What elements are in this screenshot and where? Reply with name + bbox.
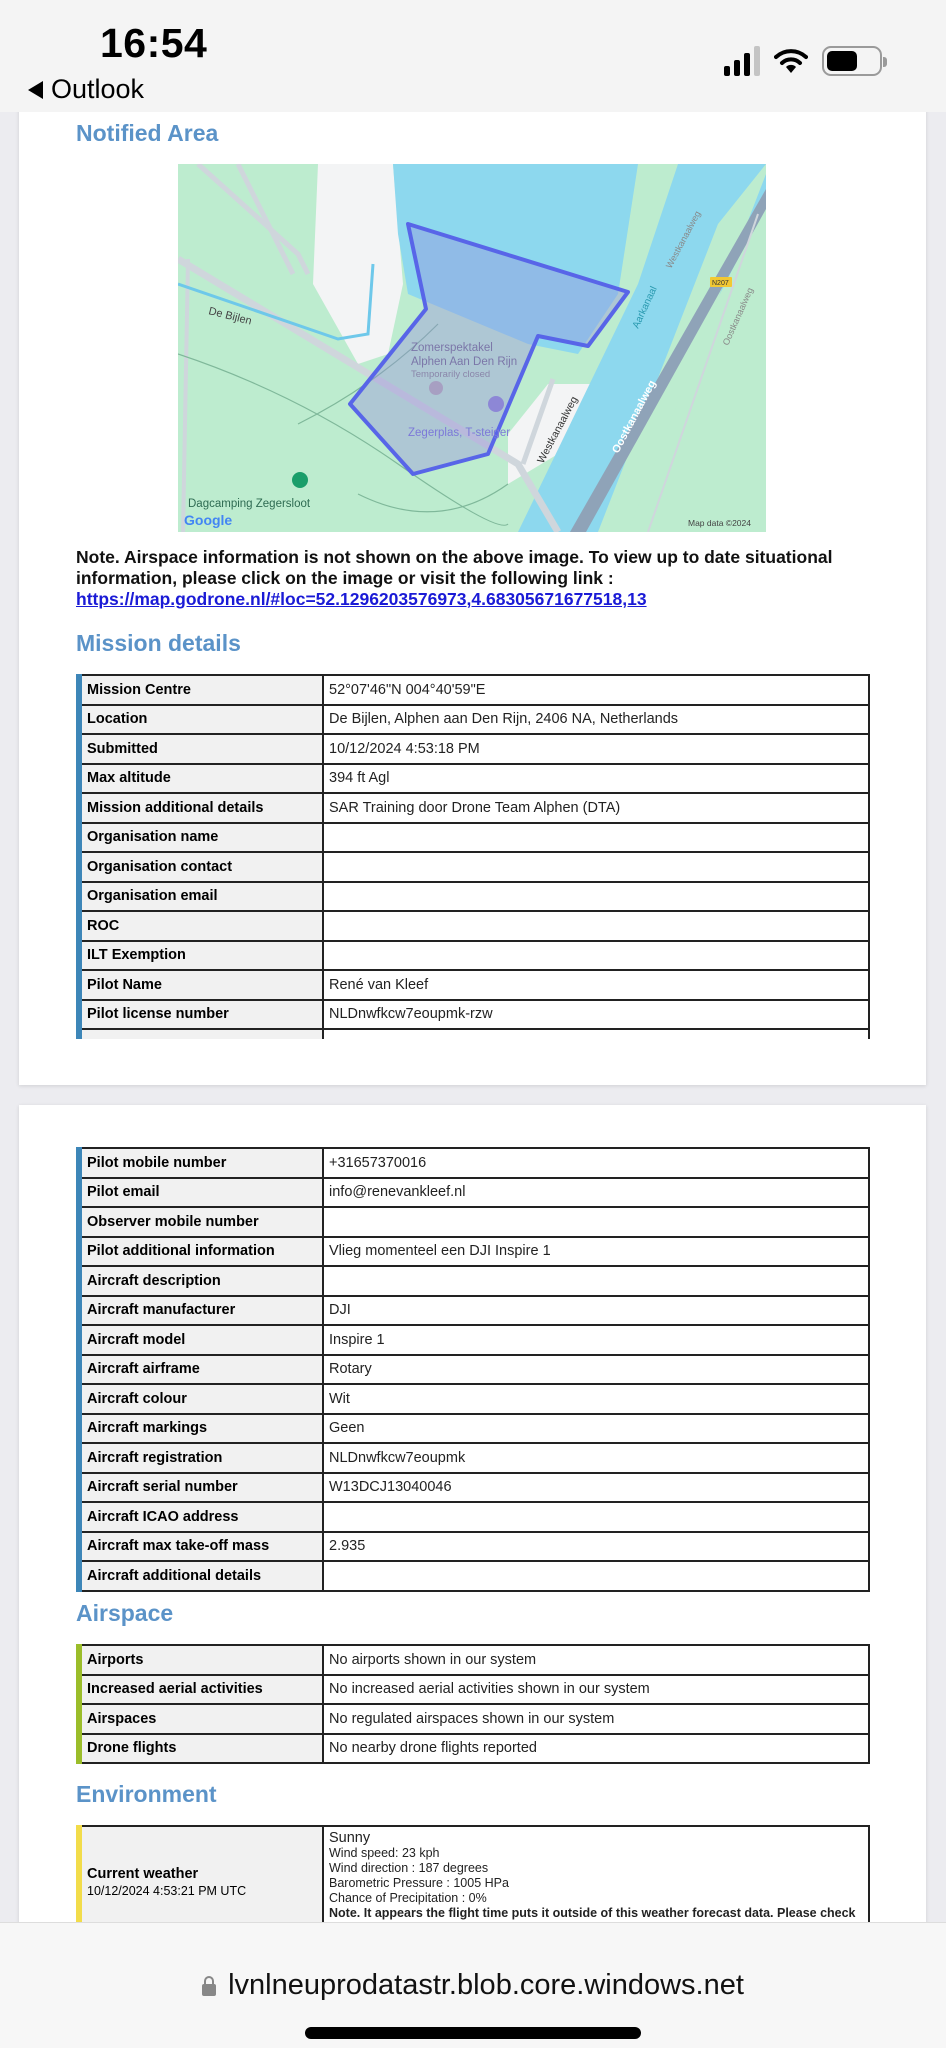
row-key: Mission Centre	[79, 675, 323, 705]
row-value: Wit	[323, 1384, 869, 1414]
back-arrow-icon	[28, 81, 43, 99]
row-key: Pilot mobile number	[79, 1148, 323, 1178]
row-key: Aircraft max take-off mass	[79, 1532, 323, 1562]
row-key: Aircraft ICAO address	[79, 1502, 323, 1532]
back-label: Outlook	[51, 74, 144, 105]
row-value: No nearby drone flights reported	[323, 1734, 869, 1764]
weather-condition: Sunny	[329, 1831, 863, 1846]
row-value: SAR Training door Drone Team Alphen (DTA…	[323, 793, 869, 823]
safari-address-bar[interactable]: lvnlneuprodatastr.blob.core.windows.net	[0, 1922, 946, 2048]
row-value: 394 ft Agl	[323, 764, 869, 794]
barometric-pressure: Barometric Pressure : 1005 HPa	[329, 1876, 863, 1891]
row-key: Pilot Name	[79, 970, 323, 1000]
row-key: Aircraft additional details	[79, 1561, 323, 1591]
row-key	[79, 1029, 323, 1039]
row-value	[323, 852, 869, 882]
table-row: Aircraft registrationNLDnwfkcw7eoupmk	[79, 1443, 869, 1473]
svg-text:Zomerspektakel: Zomerspektakel	[411, 342, 493, 354]
row-key: Submitted	[79, 734, 323, 764]
svg-text:N207: N207	[712, 280, 729, 287]
row-key: Drone flights	[79, 1734, 323, 1764]
table-row: Aircraft manufacturerDJI	[79, 1296, 869, 1326]
table-row: Organisation contact	[79, 852, 869, 882]
svg-text:Dagcamping Zegersloot: Dagcamping Zegersloot	[188, 498, 311, 510]
home-indicator[interactable]	[305, 2027, 641, 2039]
svg-text:Alphen Aan Den Rijn: Alphen Aan Den Rijn	[411, 356, 517, 368]
weather-key-cell: Current weather 10/12/2024 4:53:21 PM UT…	[79, 1826, 323, 1937]
svg-text:Temporarily closed: Temporarily closed	[411, 369, 490, 380]
table-row: ILT Exemption	[79, 941, 869, 971]
row-value: René van Kleef	[323, 970, 869, 1000]
table-row: Observer mobile number	[79, 1207, 869, 1237]
row-value	[323, 1029, 869, 1039]
row-value: NLDnwfkcw7eoupmk-rzw	[323, 1000, 869, 1030]
row-key: Organisation name	[79, 823, 323, 853]
row-value: Inspire 1	[323, 1325, 869, 1355]
svg-text:Zegerplas, T-steiger: Zegerplas, T-steiger	[408, 427, 510, 439]
table-row: Mission Centre52°07'46"N 004°40'59"E	[79, 675, 869, 705]
weather-label: Current weather	[87, 1866, 198, 1882]
table-row: AirportsNo airports shown in our system	[79, 1645, 869, 1675]
row-key: ROC	[79, 911, 323, 941]
row-key: Aircraft registration	[79, 1443, 323, 1473]
row-key: Aircraft manufacturer	[79, 1296, 323, 1326]
row-value	[323, 941, 869, 971]
precipitation-chance: Chance of Precipitation : 0%	[329, 1891, 863, 1906]
back-to-outlook-button[interactable]: Outlook	[28, 74, 144, 105]
row-value	[323, 823, 869, 853]
table-row: Pilot license numberNLDnwfkcw7eoupmk-rzw	[79, 1000, 869, 1030]
table-row: Drone flightsNo nearby drone flights rep…	[79, 1734, 869, 1764]
row-key: ILT Exemption	[79, 941, 323, 971]
table-row: Increased aerial activitiesNo increased …	[79, 1675, 869, 1705]
godrone-map-link[interactable]: https://map.godrone.nl/#loc=52.129620357…	[76, 589, 876, 610]
row-value	[323, 882, 869, 912]
url-display[interactable]: lvnlneuprodatastr.blob.core.windows.net	[0, 1969, 946, 2002]
wind-direction: Wind direction : 187 degrees	[329, 1861, 863, 1876]
wind-speed: Wind speed: 23 kph	[329, 1846, 863, 1861]
svg-text:Google: Google	[184, 512, 232, 528]
map-image: De Bijlen Zomerspektakel Alphen Aan Den …	[178, 164, 766, 532]
table-row: Organisation email	[79, 882, 869, 912]
wifi-icon	[774, 48, 808, 74]
cellular-signal-icon	[724, 46, 760, 76]
table-row: Pilot additional informationVlieg moment…	[79, 1237, 869, 1267]
row-value: DJI	[323, 1296, 869, 1326]
table-row: Aircraft ICAO address	[79, 1502, 869, 1532]
row-value: De Bijlen, Alphen aan Den Rijn, 2406 NA,…	[323, 705, 869, 735]
row-value: 52°07'46"N 004°40'59"E	[323, 675, 869, 705]
lock-icon	[202, 1976, 216, 1996]
row-value	[323, 1561, 869, 1591]
row-key: Organisation email	[79, 882, 323, 912]
table-row: Submitted10/12/2024 4:53:18 PM	[79, 734, 869, 764]
row-value	[323, 1266, 869, 1296]
row-value: Geen	[323, 1414, 869, 1444]
row-key: Airports	[79, 1645, 323, 1675]
airspace-heading: Airspace	[76, 1600, 173, 1627]
row-key: Aircraft airframe	[79, 1355, 323, 1385]
table-row: ROC	[79, 911, 869, 941]
weather-timestamp: 10/12/2024 4:53:21 PM UTC	[87, 1884, 317, 1898]
row-key: Max altitude	[79, 764, 323, 794]
table-row: Aircraft markingsGeen	[79, 1414, 869, 1444]
svg-text:Map data ©2024: Map data ©2024	[688, 518, 751, 528]
table-row: LocationDe Bijlen, Alphen aan Den Rijn, …	[79, 705, 869, 735]
table-row: Pilot mobile number+31657370016	[79, 1148, 869, 1178]
row-key: Aircraft markings	[79, 1414, 323, 1444]
table-row: AirspacesNo regulated airspaces shown in…	[79, 1704, 869, 1734]
table-row: Aircraft modelInspire 1	[79, 1325, 869, 1355]
row-key: Airspaces	[79, 1704, 323, 1734]
row-value: No increased aerial activities shown in …	[323, 1675, 869, 1705]
row-value: No airports shown in our system	[323, 1645, 869, 1675]
row-key: Pilot email	[79, 1178, 323, 1208]
airspace-note-text: Note. Airspace information is not shown …	[76, 547, 832, 588]
airspace-note: Note. Airspace information is not shown …	[76, 547, 876, 610]
document-page-1: Notified Area	[19, 100, 926, 1085]
table-row: Max altitude394 ft Agl	[79, 764, 869, 794]
table-row: Mission additional detailsSAR Training d…	[79, 793, 869, 823]
document-page-2: Pilot mobile number+31657370016Pilot ema…	[19, 1105, 926, 1935]
environment-heading: Environment	[76, 1781, 217, 1808]
table-row-current-weather: Current weather 10/12/2024 4:53:21 PM UT…	[79, 1826, 869, 1937]
row-key: Organisation contact	[79, 852, 323, 882]
row-key: Aircraft model	[79, 1325, 323, 1355]
weather-value-cell: Sunny Wind speed: 23 kph Wind direction …	[323, 1826, 869, 1937]
mission-details-table: Mission Centre52°07'46"N 004°40'59"ELoca…	[76, 674, 870, 1039]
row-key: Aircraft colour	[79, 1384, 323, 1414]
mission-details-heading: Mission details	[76, 630, 241, 657]
notified-area-heading: Notified Area	[76, 120, 218, 147]
table-row: Aircraft serial numberW13DCJ13040046	[79, 1473, 869, 1503]
row-value: 2.935	[323, 1532, 869, 1562]
table-row: Pilot emailinfo@renevankleef.nl	[79, 1178, 869, 1208]
status-bar: 16:54 Outlook	[0, 0, 946, 112]
notified-area-map[interactable]: De Bijlen Zomerspektakel Alphen Aan Den …	[178, 164, 766, 532]
table-row: Organisation name	[79, 823, 869, 853]
table-row-cut-off	[79, 1029, 869, 1039]
row-key: Aircraft serial number	[79, 1473, 323, 1503]
table-row: Aircraft colourWit	[79, 1384, 869, 1414]
row-value: 10/12/2024 4:53:18 PM	[323, 734, 869, 764]
row-key: Mission additional details	[79, 793, 323, 823]
row-value: Rotary	[323, 1355, 869, 1385]
row-value: No regulated airspaces shown in our syst…	[323, 1704, 869, 1734]
row-key: Aircraft description	[79, 1266, 323, 1296]
row-value: W13DCJ13040046	[323, 1473, 869, 1503]
table-row: Aircraft max take-off mass2.935	[79, 1532, 869, 1562]
row-key: Increased aerial activities	[79, 1675, 323, 1705]
table-row: Aircraft description	[79, 1266, 869, 1296]
table-row: Aircraft additional details	[79, 1561, 869, 1591]
row-value: info@renevankleef.nl	[323, 1178, 869, 1208]
row-value: +31657370016	[323, 1148, 869, 1178]
airspace-table: AirportsNo airports shown in our systemI…	[76, 1644, 870, 1764]
table-row: Aircraft airframeRotary	[79, 1355, 869, 1385]
battery-icon	[822, 46, 882, 76]
table-row: Pilot NameRené van Kleef	[79, 970, 869, 1000]
row-value	[323, 1502, 869, 1532]
row-value	[323, 911, 869, 941]
row-key: Observer mobile number	[79, 1207, 323, 1237]
mission-details-table-continued: Pilot mobile number+31657370016Pilot ema…	[76, 1147, 870, 1592]
row-key: Pilot license number	[79, 1000, 323, 1030]
row-value	[323, 1207, 869, 1237]
row-value: NLDnwfkcw7eoupmk	[323, 1443, 869, 1473]
url-text: lvnlneuprodatastr.blob.core.windows.net	[228, 1969, 744, 2002]
row-value: Vlieg momenteel een DJI Inspire 1	[323, 1237, 869, 1267]
clock: 16:54	[100, 20, 207, 67]
row-key: Location	[79, 705, 323, 735]
row-key: Pilot additional information	[79, 1237, 323, 1267]
system-icons	[724, 46, 882, 76]
